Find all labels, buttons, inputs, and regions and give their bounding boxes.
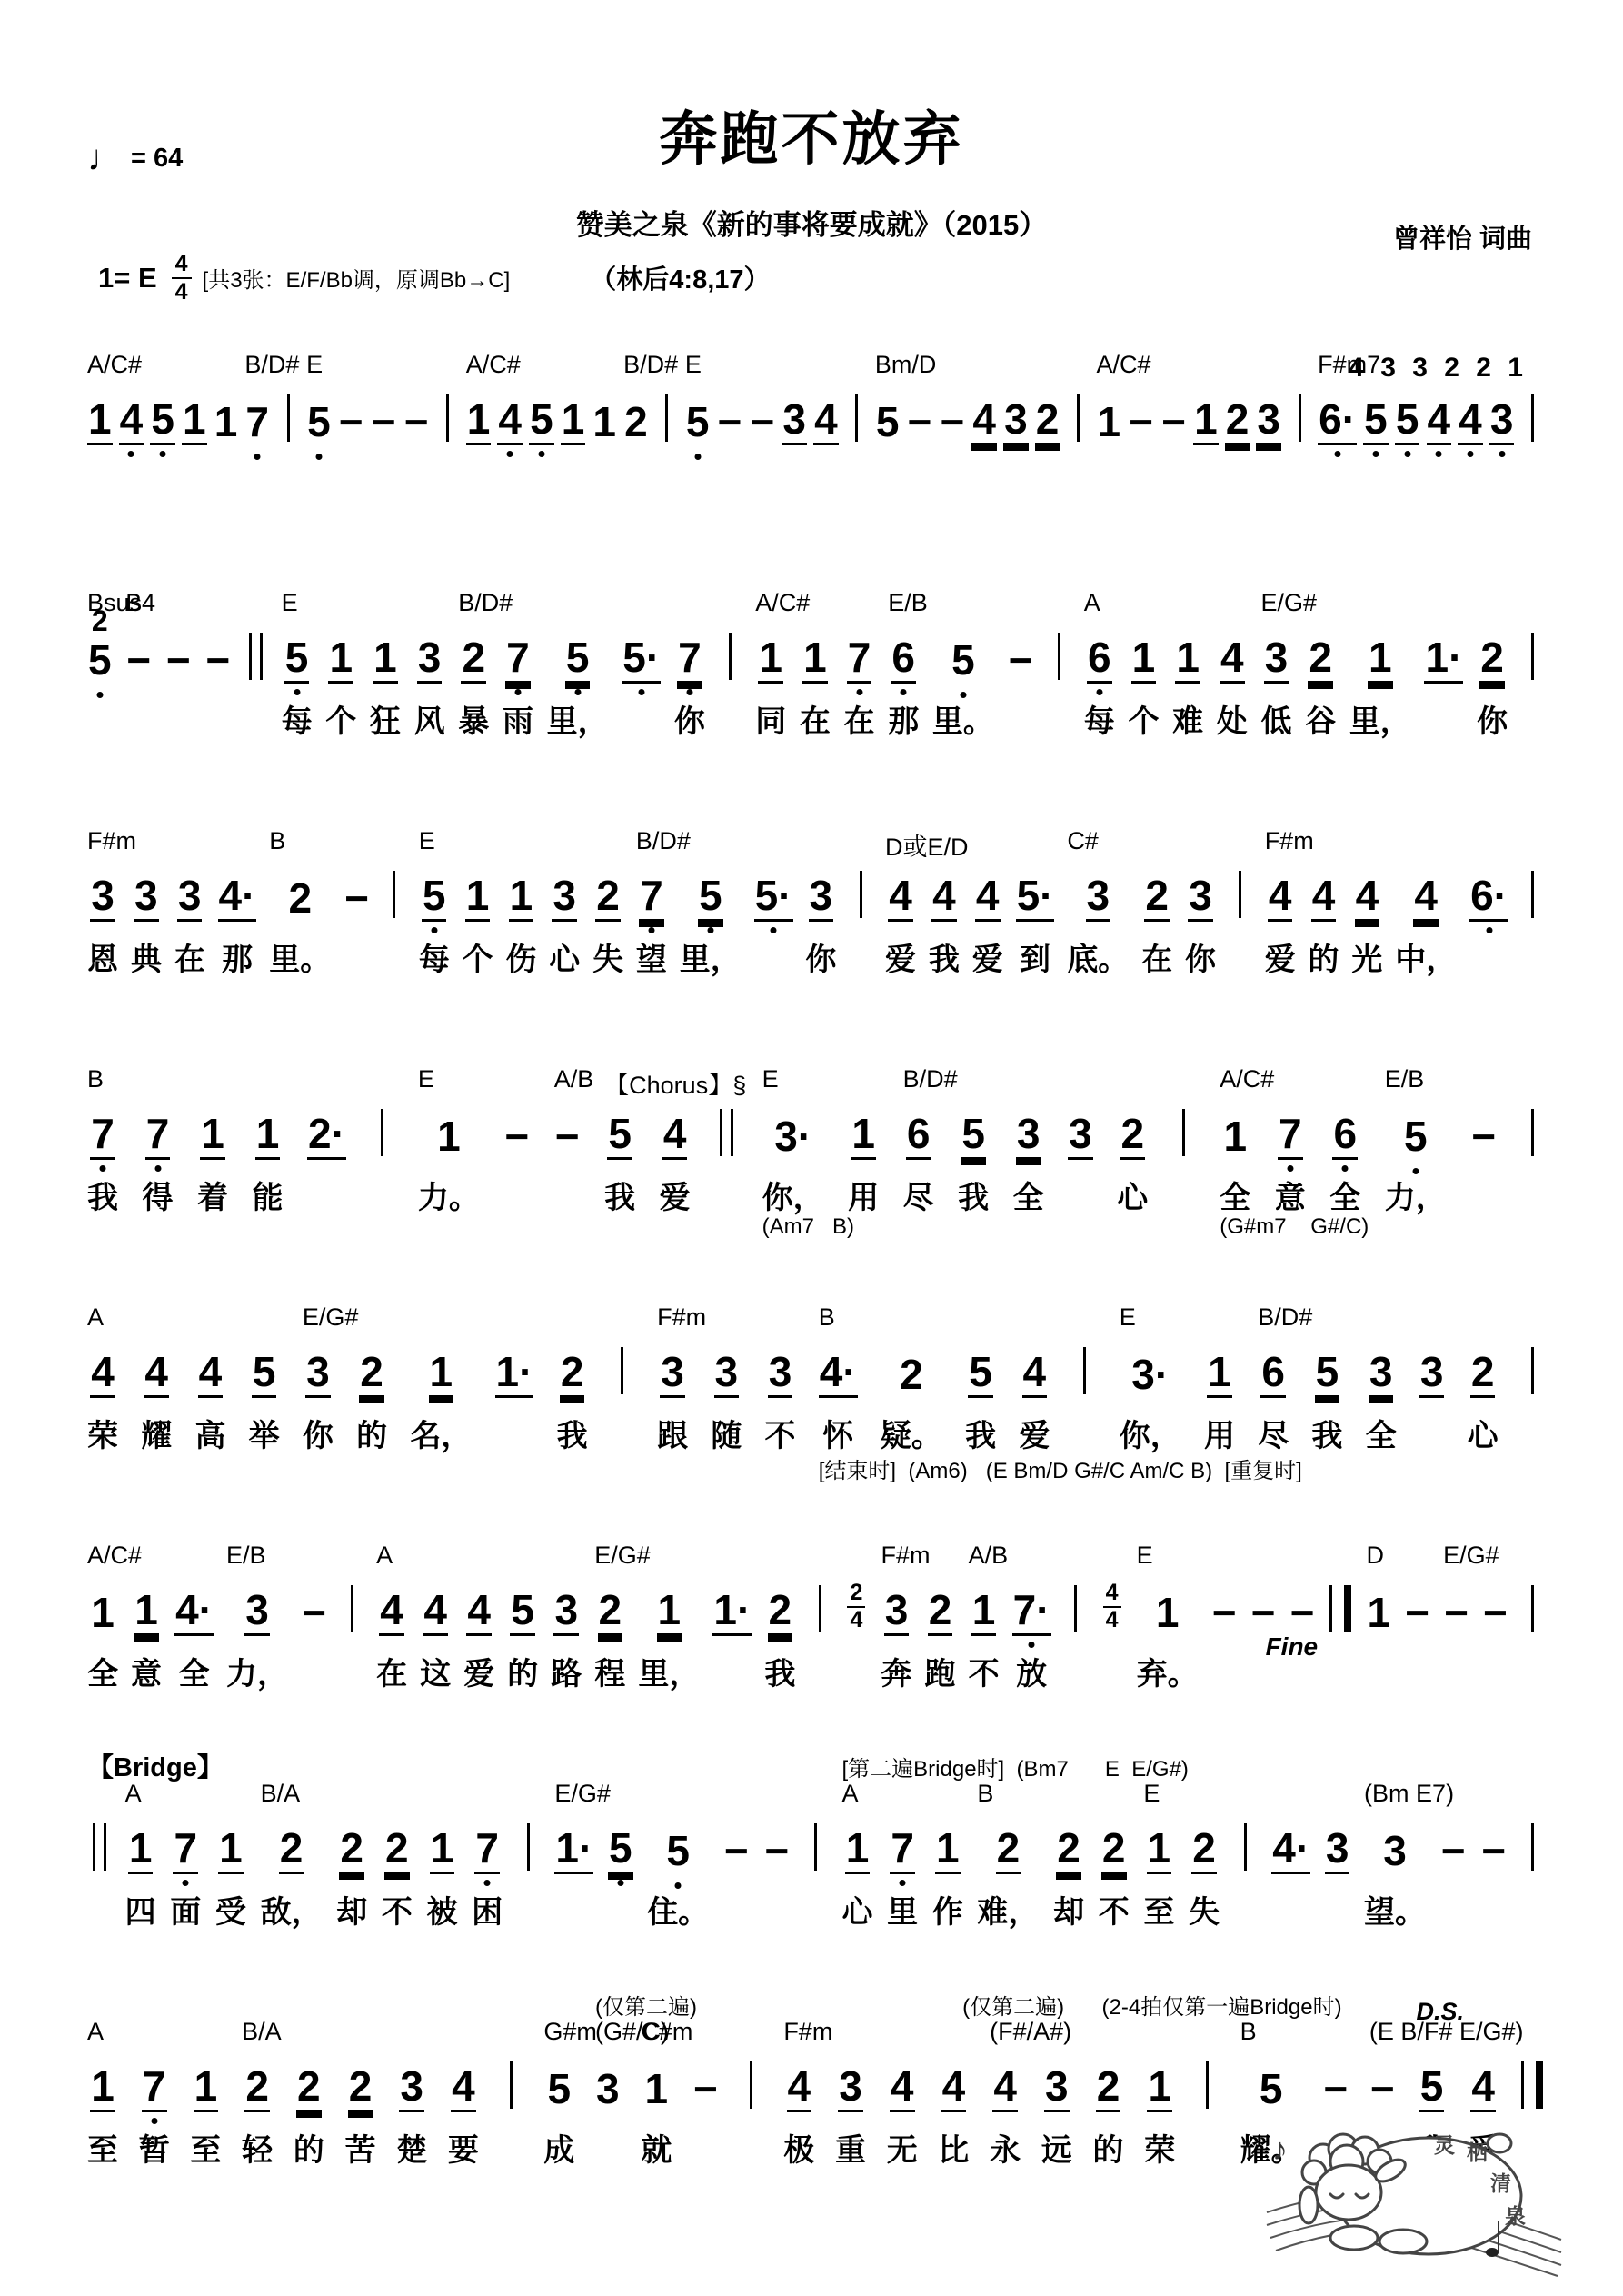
note-number: 5 bbox=[422, 874, 447, 922]
notation: 1 bbox=[638, 1578, 700, 1636]
notation bbox=[1328, 1578, 1353, 1636]
note-cell: 4 bbox=[119, 329, 144, 498]
lyric bbox=[503, 1173, 530, 1213]
notation: 5 bbox=[529, 387, 554, 445]
lyric: 全 bbox=[1220, 1173, 1250, 1213]
note-number: 3 bbox=[1419, 1351, 1445, 1398]
notation: 4 bbox=[783, 2054, 814, 2112]
bar-cell bbox=[1073, 1282, 1097, 1451]
notation: 5 bbox=[965, 1340, 996, 1398]
notation: − bbox=[554, 1102, 581, 1160]
note-number: 2 bbox=[1225, 398, 1250, 445]
notation: 5 bbox=[647, 1816, 709, 1874]
note-cell: 4 bbox=[1458, 329, 1483, 498]
lyric bbox=[763, 1887, 790, 1927]
note-cell: 4 bbox=[1427, 329, 1452, 498]
chord-label: C# bbox=[1067, 827, 1099, 855]
note-number: 1 bbox=[1131, 636, 1157, 684]
note-cell: − bbox=[1211, 1520, 1238, 1689]
chord-label: A/B bbox=[554, 1065, 594, 1093]
note-cell: 1作 bbox=[932, 1758, 963, 1927]
notation: 5 bbox=[547, 625, 609, 684]
notation: 1 bbox=[426, 1816, 457, 1874]
octave-dot bbox=[1096, 689, 1102, 695]
annotation: Fine bbox=[1266, 1632, 1319, 1662]
lyric: 无 bbox=[887, 2125, 918, 2165]
note-number: − bbox=[1482, 1592, 1508, 1636]
note-number: − bbox=[371, 401, 397, 445]
note-cell: 3不 bbox=[765, 1282, 796, 1451]
octave-dot bbox=[315, 454, 322, 460]
note-cell: 4比 bbox=[938, 1996, 969, 2165]
octave-dot bbox=[901, 689, 907, 695]
notation: 5 bbox=[685, 387, 711, 445]
barline bbox=[527, 1823, 530, 1871]
note-number: 3 bbox=[1086, 874, 1111, 922]
note-cell: Bm/D5 bbox=[875, 329, 901, 498]
lyric: 我 bbox=[557, 1411, 588, 1451]
notation: 7 bbox=[1275, 1102, 1306, 1160]
note-cell: 1个 bbox=[325, 567, 356, 736]
notation: 1 bbox=[370, 625, 401, 684]
lyric: 底。 bbox=[1067, 934, 1129, 974]
octave-dot bbox=[151, 2118, 157, 2124]
note-cell: A1至 bbox=[87, 1996, 118, 2165]
note-number: 5 bbox=[565, 636, 591, 684]
notation: 5 bbox=[150, 387, 175, 445]
barline bbox=[287, 394, 290, 442]
notation: 3 bbox=[1419, 1340, 1445, 1398]
note-number: 1 bbox=[436, 1115, 462, 1160]
notation bbox=[1519, 2054, 1545, 2112]
note-number: 4 bbox=[888, 874, 913, 922]
note-number: 1 bbox=[373, 636, 398, 684]
lyric bbox=[1482, 1649, 1508, 1689]
notation: − bbox=[1470, 1102, 1497, 1160]
lyric: 心 bbox=[842, 1887, 873, 1927]
lyric: 里。 bbox=[932, 696, 994, 736]
note-number: 5 bbox=[961, 1113, 986, 1160]
note-number: 3 bbox=[1382, 1830, 1408, 1874]
notation: 2 bbox=[1141, 863, 1172, 922]
lyric bbox=[165, 696, 192, 736]
note-cell: B/D#6尽 bbox=[1258, 1282, 1289, 1451]
note-cell: B/D#2 bbox=[623, 329, 649, 498]
logo-char-3: 清 bbox=[1490, 2167, 1511, 2197]
note-number: 4· bbox=[1271, 1827, 1310, 1874]
chord-label: E/G# bbox=[303, 1303, 359, 1332]
notation: 3 bbox=[657, 1340, 688, 1398]
octave-dot bbox=[294, 689, 300, 695]
note-number: 1 bbox=[592, 401, 617, 445]
score-line-6: A/C#1全1意4·全E/B3力，− A4在4这4爱5的3路E/G#2程1里，1… bbox=[87, 1520, 1545, 1689]
lyric: 处 bbox=[1217, 696, 1248, 736]
note-cell: E1弃。 bbox=[1137, 1520, 1199, 1689]
bar-cell bbox=[1521, 567, 1545, 736]
notation: 3· bbox=[762, 1102, 824, 1160]
notation: 3 bbox=[549, 863, 580, 922]
bar-cell: 【Bridge】 bbox=[87, 1758, 111, 1927]
notation bbox=[500, 2054, 523, 2112]
note-number: 4 bbox=[787, 2065, 812, 2112]
lyric bbox=[1035, 458, 1060, 498]
note-number: 3 bbox=[177, 874, 203, 922]
note-number: 4 bbox=[813, 398, 839, 445]
note-number: 4 bbox=[198, 1351, 224, 1398]
lyric bbox=[1008, 696, 1034, 736]
barline bbox=[1244, 1823, 1247, 1871]
logo-char-2: 栖 bbox=[1467, 2136, 1488, 2166]
notation: 5 bbox=[932, 625, 994, 684]
lyric: 那 bbox=[218, 934, 257, 974]
note-number: 2 bbox=[1101, 1827, 1127, 1874]
score-line-1: A/C#1 4 5 1 1 B/D#7 E5 − − − A/C#1 4 5 1… bbox=[87, 329, 1545, 498]
note-number: − bbox=[503, 1115, 530, 1160]
note-cell: 3远 bbox=[1041, 1996, 1072, 2165]
lyric: 这 bbox=[420, 1649, 451, 1689]
note-number: 4 bbox=[1355, 874, 1380, 922]
barline bbox=[855, 394, 858, 442]
notation: − bbox=[1443, 1578, 1469, 1636]
notation: 1 bbox=[1143, 1816, 1174, 1874]
note-cell: 1里， bbox=[1349, 567, 1411, 736]
notation: 1 bbox=[505, 863, 536, 922]
notation: 1· bbox=[1424, 625, 1463, 684]
note-cell: − bbox=[717, 329, 743, 498]
notation: 2 bbox=[1093, 2054, 1124, 2112]
notation: 2 bbox=[336, 1816, 367, 1874]
note-number: 6 bbox=[1332, 1113, 1358, 1160]
note-cell: 4光 bbox=[1351, 805, 1382, 974]
note-cell: B/D#6尽 bbox=[903, 1043, 934, 1213]
note-number: 6 bbox=[1260, 1351, 1286, 1398]
note-number: 1 bbox=[134, 1589, 159, 1636]
glyph: 4 bbox=[850, 1608, 862, 1633]
note-number: − bbox=[1369, 2068, 1396, 2112]
note-cell: 5· bbox=[754, 805, 793, 974]
note-number: 4 bbox=[890, 2065, 915, 2112]
note-number: 4 bbox=[1022, 1351, 1048, 1398]
note-number: 1 bbox=[466, 398, 492, 445]
notation: 2 bbox=[294, 2054, 324, 2112]
note-cell: E/B6那 bbox=[888, 567, 919, 736]
notation: 1 bbox=[87, 1578, 118, 1636]
lyric bbox=[622, 696, 661, 736]
note-number: 2 bbox=[244, 2065, 270, 2112]
lyric bbox=[1211, 1649, 1238, 1689]
note-number: − bbox=[301, 1592, 327, 1636]
note-number: 7 bbox=[677, 636, 702, 684]
note-number: 7 bbox=[847, 636, 872, 684]
note-number: 2 bbox=[1479, 636, 1505, 684]
notation: 1 bbox=[561, 387, 586, 445]
notation bbox=[1066, 387, 1090, 445]
note-cell: 1意 bbox=[131, 1520, 162, 1689]
note-cell: 5 bbox=[1395, 329, 1420, 498]
bar-cell bbox=[340, 1520, 363, 1689]
lyric bbox=[845, 458, 869, 498]
octave-dot bbox=[960, 692, 966, 698]
note-number: 2 bbox=[1144, 874, 1170, 922]
note-cell: B/D#7 bbox=[244, 329, 270, 498]
note-number: 3 bbox=[552, 874, 577, 922]
lyric bbox=[685, 458, 711, 498]
note-cell: E1至 bbox=[1143, 1758, 1174, 1927]
barline bbox=[1074, 1585, 1077, 1632]
chord-label: A bbox=[87, 2018, 104, 2046]
note-cell: 5的 bbox=[507, 1520, 538, 1689]
note-number: 4 bbox=[1427, 398, 1452, 445]
note-number: − bbox=[125, 639, 152, 684]
note-cell: 4处 bbox=[1217, 567, 1248, 736]
notation: 3 bbox=[226, 1578, 288, 1636]
note-cell: − bbox=[1440, 1758, 1467, 1927]
note-number: 4 bbox=[423, 1589, 448, 1636]
lyric bbox=[338, 458, 364, 498]
lyric bbox=[1172, 1173, 1196, 1213]
note-cell: 44 bbox=[1100, 1520, 1124, 1689]
chord-label: E bbox=[418, 1065, 434, 1093]
lyric bbox=[971, 458, 997, 498]
note-number: − bbox=[338, 401, 364, 445]
notation: 1 bbox=[1172, 625, 1203, 684]
note-number: 1 bbox=[1222, 1115, 1248, 1160]
note-cell: 1受 bbox=[215, 1758, 246, 1927]
lyric bbox=[782, 458, 807, 498]
octave-dot bbox=[1334, 451, 1340, 457]
lyric bbox=[1229, 934, 1252, 974]
lyric bbox=[740, 2125, 763, 2165]
note-number: 2 bbox=[1470, 1351, 1496, 1398]
note-number: 3 bbox=[838, 2065, 863, 2112]
notation bbox=[87, 1816, 111, 1874]
lyric: 你 bbox=[303, 1411, 334, 1451]
double-barline bbox=[249, 633, 263, 680]
lyric bbox=[383, 934, 406, 974]
note-number: 3 bbox=[305, 1351, 331, 1398]
notation bbox=[1229, 863, 1252, 922]
lyric: 我 bbox=[965, 1411, 996, 1451]
note-cell: 24 bbox=[844, 1520, 868, 1689]
lyric: 放 bbox=[1012, 1649, 1051, 1689]
note-cell: 4·全 bbox=[174, 1520, 214, 1689]
notation: 5 bbox=[1417, 2054, 1448, 2112]
note-number: − bbox=[692, 2068, 719, 2112]
note-cell: E3·你，(Am7 B) bbox=[762, 1043, 824, 1213]
notation: 1 bbox=[463, 863, 493, 922]
barline bbox=[860, 871, 862, 918]
notation bbox=[1521, 625, 1545, 684]
lyric: 不 bbox=[765, 1411, 796, 1451]
note-number: 5 bbox=[252, 1351, 277, 1398]
note-number: 4· bbox=[174, 1589, 214, 1636]
note-cell: 7在 bbox=[844, 567, 875, 736]
note-cell: − bbox=[301, 1520, 327, 1689]
lyric: 我 bbox=[1311, 1411, 1342, 1451]
note-number: 4 bbox=[1413, 874, 1439, 922]
note-number: 4 bbox=[144, 1351, 169, 1398]
lyric bbox=[1521, 1411, 1545, 1451]
lyric bbox=[1469, 934, 1508, 974]
notation: 1 bbox=[1128, 625, 1159, 684]
note-number: 7 bbox=[890, 1827, 915, 1874]
lyric: 个 bbox=[463, 934, 493, 974]
note-cell: − bbox=[749, 329, 775, 498]
barline bbox=[1531, 1585, 1534, 1632]
notation: − bbox=[1322, 2054, 1349, 2112]
octave-dot bbox=[856, 689, 862, 695]
lyric: 至 bbox=[87, 2125, 118, 2165]
notation: 7 bbox=[503, 625, 533, 684]
notation bbox=[849, 863, 872, 922]
note-number: 3 bbox=[134, 874, 159, 922]
lyric bbox=[1521, 1887, 1545, 1927]
composer-credit: 曾祥怡 词曲 bbox=[1393, 218, 1532, 255]
notation: − bbox=[1482, 1578, 1508, 1636]
notation: 1 bbox=[969, 1578, 1000, 1636]
lyric: 楚 bbox=[396, 2125, 427, 2165]
notation: 1 bbox=[1204, 1340, 1235, 1398]
lyric: 跑 bbox=[925, 1649, 956, 1689]
note-cell: E/G#3低 bbox=[1260, 567, 1291, 736]
notation: 4 bbox=[420, 1578, 451, 1636]
meter-top: 4 bbox=[172, 251, 192, 279]
note-cell: F#m4极 bbox=[783, 1996, 814, 2165]
note-cell: B7我 bbox=[87, 1043, 118, 1213]
notation: 1 bbox=[410, 1340, 472, 1398]
note-cell: 2谷 bbox=[1305, 567, 1336, 736]
note-number: 4 bbox=[1311, 874, 1337, 922]
note-cell: 2心 bbox=[1117, 1043, 1148, 1213]
notation: 1 bbox=[592, 387, 617, 445]
lyric: 全 bbox=[1013, 1173, 1044, 1213]
notation: 5· bbox=[1016, 863, 1055, 922]
octave-dot bbox=[160, 451, 166, 457]
notation: 4 bbox=[971, 387, 997, 445]
notation: 2 bbox=[269, 863, 331, 922]
publisher-logo: ♪ 灵 栖 清 泉 bbox=[1265, 2114, 1565, 2292]
notation bbox=[1521, 387, 1545, 445]
note-number: 3 bbox=[1369, 1351, 1394, 1398]
score-line-5: A4荣4耀4高5举E/G#3你2的1名，1· 2我 F#m3跟3随3不B4·怀[… bbox=[87, 1282, 1545, 1451]
note-cell: 【Chorus】§5我 bbox=[604, 1043, 635, 1213]
note-cell: 1个 bbox=[463, 805, 493, 974]
notation: 3 bbox=[1364, 1816, 1426, 1874]
notation: 1 bbox=[755, 625, 786, 684]
note-cell: 1 bbox=[1193, 329, 1219, 498]
lyric bbox=[87, 458, 113, 498]
note-cell: − bbox=[165, 567, 192, 736]
lyric bbox=[723, 1887, 750, 1927]
notation: 2 bbox=[764, 1578, 795, 1636]
notation: 3 bbox=[1185, 863, 1216, 922]
note-cell: 4我 bbox=[929, 805, 960, 974]
octave-dot bbox=[617, 1880, 623, 1886]
notation: − bbox=[165, 625, 192, 684]
note-cell: 2的 bbox=[294, 1996, 324, 2165]
notation: 5 bbox=[282, 625, 313, 684]
note-number: 1 bbox=[194, 2065, 219, 2112]
note-cell: 5住。 bbox=[647, 1758, 709, 1927]
chord-label: A bbox=[842, 1780, 859, 1808]
notation bbox=[1521, 863, 1545, 922]
lyric bbox=[813, 458, 839, 498]
notation: 7 bbox=[170, 1816, 201, 1874]
note-cell: 1荣 bbox=[1144, 1996, 1175, 2165]
lyric bbox=[1196, 2125, 1220, 2165]
lyric bbox=[1064, 1649, 1088, 1689]
note-number: 4 bbox=[1470, 2065, 1496, 2112]
bar-cell bbox=[1521, 805, 1545, 974]
note-cell: 7里 bbox=[887, 1758, 918, 1927]
chord-label: A/C# bbox=[1220, 1065, 1274, 1093]
lyric: 失 bbox=[592, 934, 623, 974]
chord-label: E bbox=[282, 589, 298, 617]
note-cell: − bbox=[939, 329, 965, 498]
lyric bbox=[1489, 458, 1515, 498]
notation: 3 bbox=[1068, 1102, 1093, 1160]
note-number: 3 bbox=[884, 1589, 910, 1636]
note-cell: − bbox=[344, 805, 370, 974]
bar-cell bbox=[1064, 1520, 1088, 1689]
note-cell: 5我 bbox=[1311, 1282, 1342, 1451]
barline bbox=[729, 633, 732, 680]
lyric: 重 bbox=[835, 2125, 866, 2165]
note-number: 4 bbox=[971, 398, 997, 445]
note-number: 3 bbox=[782, 398, 807, 445]
chord-label: B bbox=[1240, 2018, 1257, 2046]
lyric bbox=[87, 696, 113, 736]
note-cell: E5 bbox=[306, 329, 332, 498]
note-cell: − bbox=[1482, 1520, 1508, 1689]
note-number: 2 bbox=[1120, 1113, 1145, 1160]
note-cell: 1 bbox=[561, 329, 586, 498]
note-cell: A/C#1全 bbox=[87, 1520, 118, 1689]
note-number: 4 bbox=[90, 1351, 115, 1398]
lyric: 就 bbox=[641, 2125, 672, 2165]
note-cell: 4这 bbox=[420, 1520, 451, 1689]
lyric: 全 bbox=[87, 1649, 118, 1689]
notation: 1 bbox=[1367, 1578, 1392, 1636]
lyric: 每 bbox=[282, 696, 313, 736]
note-number: 3· bbox=[773, 1115, 812, 1160]
notation: 4 bbox=[972, 863, 1003, 922]
notation: − bbox=[344, 863, 370, 922]
note-number: 3 bbox=[595, 2068, 621, 2112]
barline bbox=[1058, 633, 1060, 680]
chord-label: B/D# bbox=[903, 1065, 958, 1093]
logo-char-4: 泉 bbox=[1505, 2200, 1526, 2230]
note-cell: 3你 bbox=[805, 805, 836, 974]
notation: 4 bbox=[1019, 1340, 1050, 1398]
notation: − bbox=[723, 1816, 750, 1874]
lyric bbox=[1440, 1887, 1467, 1927]
lyric: 意 bbox=[131, 1649, 162, 1689]
lyric: 我 bbox=[958, 1173, 989, 1213]
note-cell: E/B3力， bbox=[226, 1520, 288, 1689]
notation: 7 bbox=[674, 625, 705, 684]
note-number: 1 bbox=[90, 1592, 115, 1636]
notation: 5 bbox=[306, 387, 332, 445]
lyric: 暴 bbox=[458, 696, 489, 736]
note-cell: 2心 bbox=[1468, 1282, 1499, 1451]
note-cell: 6· bbox=[1469, 805, 1508, 974]
bar-cell bbox=[500, 1996, 523, 2165]
note-cell: 4要 bbox=[448, 1996, 479, 2165]
note-number: − bbox=[723, 1830, 750, 1874]
note-number: 2 bbox=[996, 1827, 1021, 1874]
note-cell: 3 bbox=[1256, 329, 1281, 498]
